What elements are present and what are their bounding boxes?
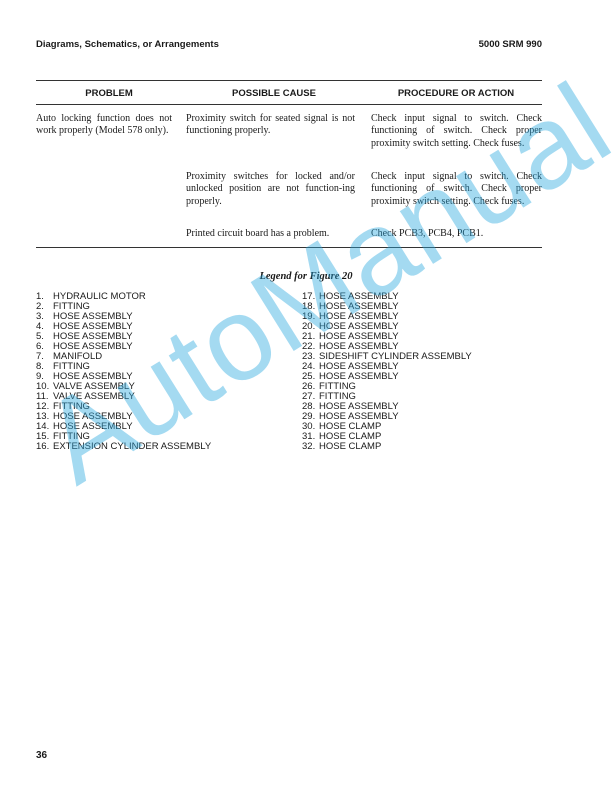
column-header-problem: PROBLEM xyxy=(36,88,182,99)
action-cell: Check input signal to switch. Check func… xyxy=(371,171,542,208)
table-header-rule xyxy=(36,104,542,105)
column-header-procedure: PROCEDURE OR ACTION xyxy=(370,88,542,99)
action-cell: Check input signal to switch. Check func… xyxy=(371,113,542,150)
cause-cell: Proximity switch for seated signal is no… xyxy=(186,113,355,138)
table-top-rule xyxy=(36,80,542,81)
document-id: 5000 SRM 990 xyxy=(479,39,542,50)
legend-item-label: EXTENSION CYLINDER ASSEMBLY xyxy=(53,441,211,452)
legend-item-number: 16. xyxy=(36,442,53,452)
legend-title: Legend for Figure 20 xyxy=(0,271,612,282)
problem-cell: Auto locking function does not work prop… xyxy=(36,113,172,138)
legend-column-right: 17.HOSE ASSEMBLY18.HOSE ASSEMBLY19.HOSE … xyxy=(302,292,472,452)
page-number: 36 xyxy=(36,750,47,761)
legend-item: 32.HOSE CLAMP xyxy=(302,442,472,452)
column-header-possible-cause: POSSIBLE CAUSE xyxy=(186,88,362,99)
legend-item: 16.EXTENSION CYLINDER ASSEMBLY xyxy=(36,442,211,452)
table-bottom-rule xyxy=(36,247,542,248)
legend-column-left: 1.HYDRAULIC MOTOR2.FITTING3.HOSE ASSEMBL… xyxy=(36,292,211,452)
legend-item-label: HOSE CLAMP xyxy=(319,441,381,452)
action-cell: Check PCB3, PCB4, PCB1. xyxy=(371,228,542,240)
section-title: Diagrams, Schematics, or Arrangements xyxy=(36,39,219,50)
cause-cell: Printed circuit board has a problem. xyxy=(186,228,355,240)
cause-cell: Proximity switches for locked and/or unl… xyxy=(186,171,355,208)
legend-item-number: 32. xyxy=(302,442,319,452)
